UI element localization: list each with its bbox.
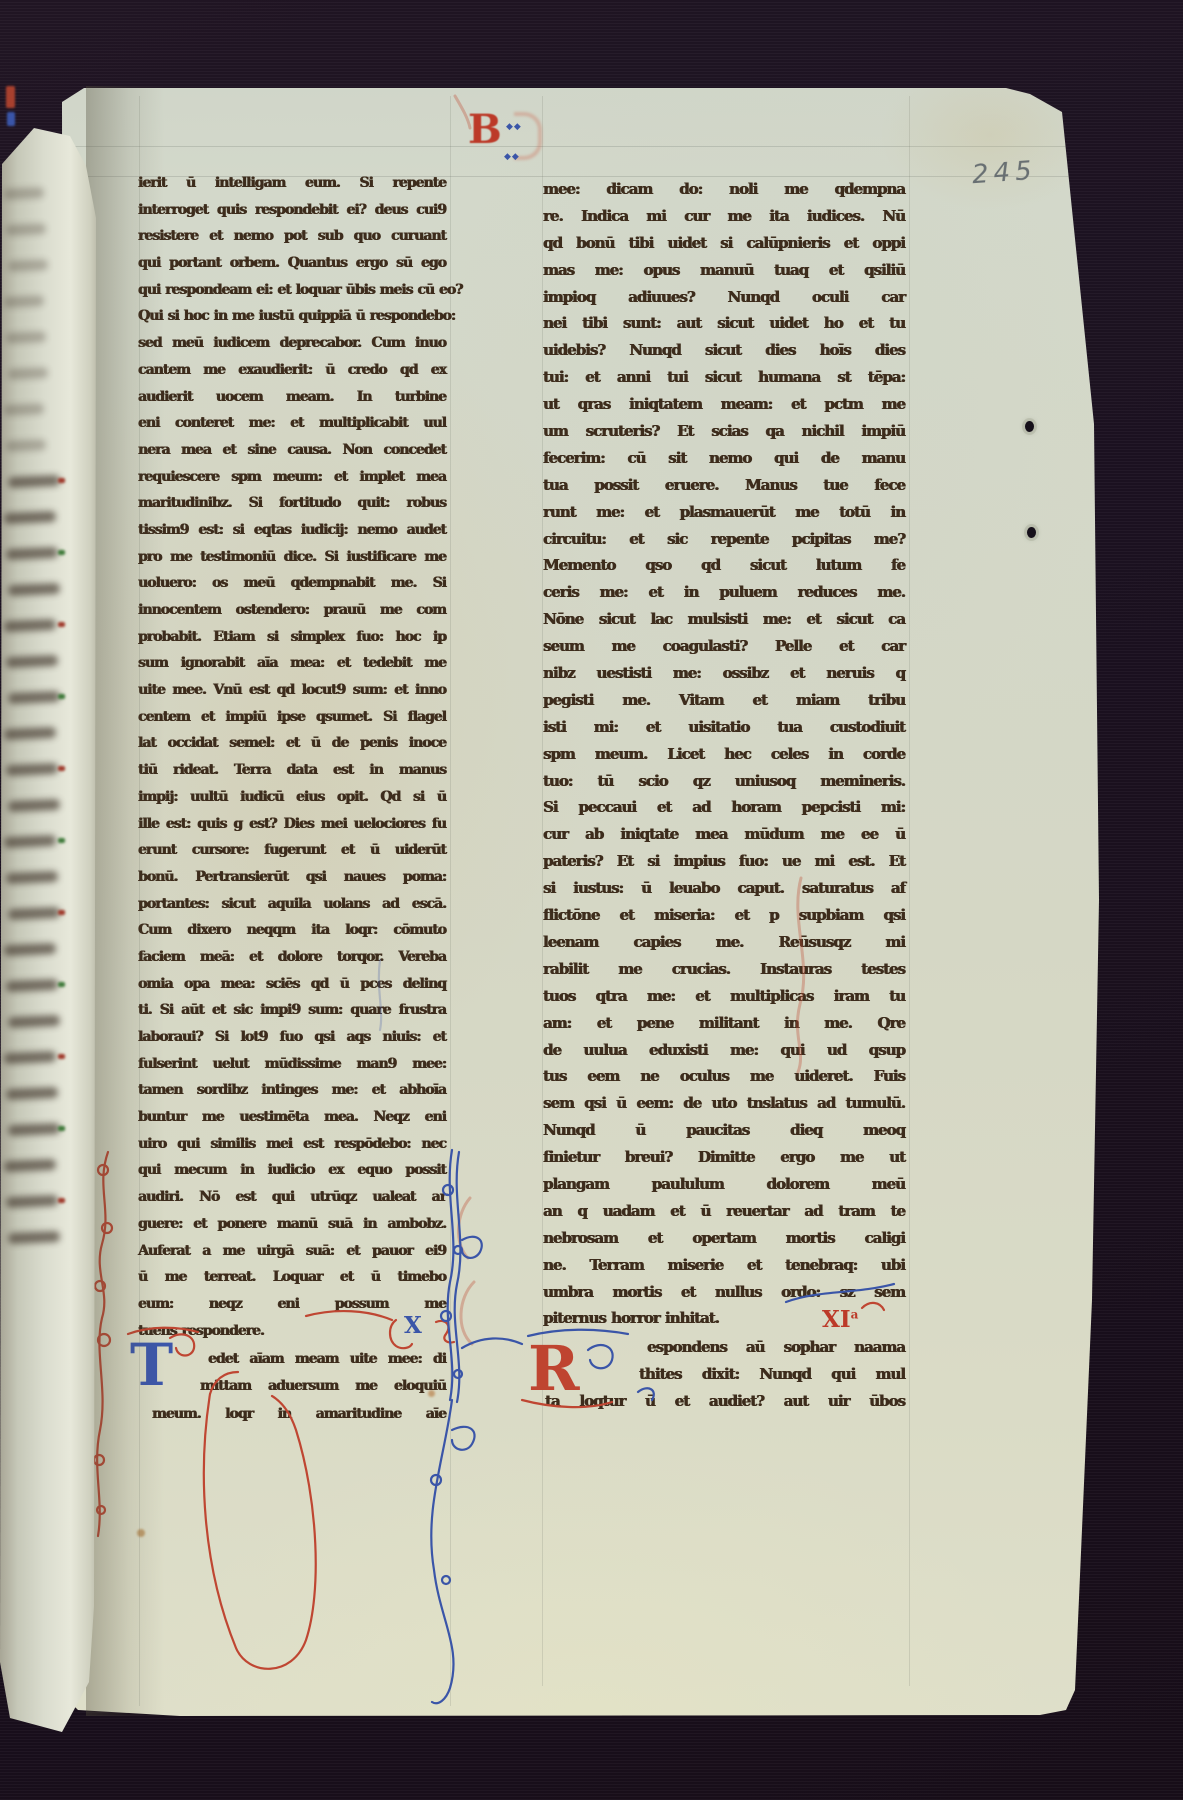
blurred-text-line xyxy=(4,835,56,848)
text-line: interroget quis respondebit ei? deus cui… xyxy=(138,197,446,224)
fore-edge-speck xyxy=(58,694,65,699)
blurred-text-line xyxy=(8,1231,60,1244)
text-line: fulserint uelut mūdissime man9 mee: xyxy=(138,1051,446,1078)
text-line: tua possit eruere. Manus tue fece xyxy=(543,472,905,499)
text-line: mee: dicam do: noli me qdempna xyxy=(543,176,905,203)
text-line: flictōne et miseria: et p supbiam qsi xyxy=(543,902,905,929)
ruling-line xyxy=(542,96,543,1686)
blurred-text-line xyxy=(6,871,58,884)
text-line: ti. Si aūt et sic impi9 sum: quare frust… xyxy=(138,997,446,1024)
text-line: circuitu: et sic repente pcipitas me? xyxy=(543,526,905,553)
parchment-hole xyxy=(1027,527,1036,538)
text-line: si iustus: ū leuabo caput. saturatus af xyxy=(543,875,905,902)
text-line: ut qras iniqtatem meam: et pctm me xyxy=(543,391,905,418)
text-line: Auferat a me uirgā suā: et pauor ei9 xyxy=(138,1238,446,1265)
text-line: finietur breui? Dimitte ergo me ut xyxy=(543,1144,905,1171)
text-line: edet aīam meam uite mee: di xyxy=(138,1346,446,1373)
running-header-letter: B xyxy=(468,106,502,153)
text-line: sem qsi ū eem: de uto tnslatus ad tumulū… xyxy=(543,1090,905,1117)
blurred-text-line xyxy=(6,1087,58,1100)
blurred-text-line xyxy=(4,511,56,524)
text-line: uite mee. Vnū est qd locut9 sum: et inno xyxy=(138,677,446,704)
blurred-text-line xyxy=(8,907,60,920)
text-line: nebrosam et opertam mortis caligi xyxy=(543,1225,905,1252)
text-line: sed meū iudicem deprecabor. Cum inuo xyxy=(138,330,446,357)
fore-edge-speck xyxy=(58,1198,65,1203)
text-line: laboraui? Si lot9 fuo qsi aqs niuis: et xyxy=(138,1024,446,1051)
text-line: nibz uestisti me: ossibz et neruis q xyxy=(543,660,905,687)
text-line: uiro qui similis mei est respōdebo: nec xyxy=(138,1131,446,1158)
blurred-text-line xyxy=(8,1015,60,1028)
text-line: rabilit me crucias. Instauras testes xyxy=(543,956,905,983)
parchment-stain xyxy=(428,1390,435,1397)
text-line: runt me: et plasmauerūt me totū in xyxy=(543,499,905,526)
text-line: meum. loqr in amaritudine aīe xyxy=(138,1401,446,1428)
text-line: Cum dixero neqqm ita loqr: cōmuto xyxy=(138,917,446,944)
text-line: tuens respondere. xyxy=(138,1318,446,1345)
text-line: sum ignorabit aīa mea: et tedebit me xyxy=(138,650,446,677)
chapter-xi-text: espondens aū sophar naamathites dixit: N… xyxy=(543,1334,905,1415)
fore-edge-speck xyxy=(58,622,65,627)
text-line: de uulua eduxisti me: qui ud qsup xyxy=(543,1037,905,1064)
text-column-right: mee: dicam do: noli me qdempnare. Indica… xyxy=(543,176,905,1332)
text-line: seum me coagulasti? Pelle et car xyxy=(543,633,905,660)
text-line: ne. Terram miserie et tenebraq: ubi xyxy=(543,1252,905,1279)
text-line: lat occidat semel: et ū de penis inoce xyxy=(138,730,446,757)
blurred-text-line xyxy=(4,619,56,632)
header-ornament-dots: ◆◆ xyxy=(506,122,522,132)
text-line: guere: et ponere manū suā in ambobz. xyxy=(138,1211,446,1238)
chapter-xi-suffix: a xyxy=(851,1307,859,1321)
text-line: portantes: sicut aquila uolans ad escā. xyxy=(138,891,446,918)
text-line: am: et pene militant in me. Qre xyxy=(543,1010,905,1037)
text-line: audierit uocem meam. In turbine xyxy=(138,384,446,411)
blurred-text-line xyxy=(8,367,48,380)
text-line: innocentem ostendero: prauū me com xyxy=(138,597,446,624)
text-line: tuo: tū scio qz uniusoq memineris. xyxy=(543,768,905,795)
text-line: ierit ū intelligam eum. Si repente xyxy=(138,170,446,197)
blurred-text-line xyxy=(6,763,58,776)
fore-edge-speck xyxy=(58,478,65,483)
text-line: requiescere spm meum: et implet mea xyxy=(138,464,446,491)
fore-edge-speck xyxy=(58,1126,65,1131)
text-line: ta loqtur ū et audiet? aut uir ūbos xyxy=(543,1388,905,1415)
text-line: Memento qso qd sicut lutum fe xyxy=(543,552,905,579)
text-line: mas me: opus manuū tuaq et qsiliū xyxy=(543,257,905,284)
text-line: pateris? Et si impius fuo: ue mi est. Et xyxy=(543,848,905,875)
ruling-line xyxy=(70,176,1080,177)
ruling-line xyxy=(450,96,451,1706)
blurred-text-line xyxy=(8,691,60,704)
blurred-text-line xyxy=(8,475,60,488)
chapter-number-x: X xyxy=(404,1312,422,1339)
text-line: Qui si hoc in me iustū quippiā ū respond… xyxy=(138,303,446,330)
blurred-text-line xyxy=(4,403,44,416)
text-line: plangam paululum dolorem meū xyxy=(543,1171,905,1198)
text-line: impij: uultū iudicū eius opit. Qd si ū xyxy=(138,784,446,811)
manuscript-page: B ◆◆ ◆◆ 245 ierit ū intelligam eum. Si r… xyxy=(0,0,1183,1800)
text-line: um scruteris? Et scias qa nichil impiū xyxy=(543,418,905,445)
fore-edge-speck xyxy=(58,1054,65,1059)
blurred-text-line xyxy=(4,1159,56,1172)
chapter-number-xi: XIa xyxy=(822,1306,858,1333)
text-line: ceris me: et in puluem reduces me. xyxy=(543,579,905,606)
text-line: tiū rideat. Terra data est in manus xyxy=(138,757,446,784)
text-column-left: ierit ū intelligam eum. Si repenteinterr… xyxy=(138,170,446,1344)
fore-edge-speck xyxy=(58,982,65,987)
parchment-hole xyxy=(1025,421,1034,432)
text-line: spm meum. Licet hec celes in corde xyxy=(543,741,905,768)
text-line: uidebis? Nunqd sicut dies hoīs dies xyxy=(543,337,905,364)
blurred-text-line xyxy=(8,583,60,596)
text-line: maritudinibz. Si fortitudo quit: robus xyxy=(138,490,446,517)
parchment-stain xyxy=(150,620,450,1040)
folio-number: 245 xyxy=(971,156,1038,190)
text-line: ū me terreat. Loquar et ū timebo xyxy=(138,1264,446,1291)
blurred-text-line xyxy=(8,799,60,812)
gutter-shadow xyxy=(86,86,164,1716)
text-line: qui mecum in iudicio ex equo possit xyxy=(138,1157,446,1184)
fore-edge-speck xyxy=(58,766,65,771)
text-line: uoluero: os meū qdempnabit me. Si xyxy=(138,570,446,597)
previous-folio-red-mark xyxy=(6,86,15,108)
decorated-initial-r: R xyxy=(528,1338,580,1400)
text-line: resistere et nemo pot sub quo curuant xyxy=(138,223,446,250)
blurred-text-line xyxy=(8,259,48,272)
text-line: isti mi: et uisitatio tua custodiuit xyxy=(543,714,905,741)
blurred-text-line xyxy=(4,727,56,740)
text-line: cantem me exaudierit: ū credo qd ex xyxy=(138,357,446,384)
fore-edge-speck xyxy=(58,838,65,843)
text-line: qui portant orbem. Quantus ergo sū ego xyxy=(138,250,446,277)
blurred-text-line xyxy=(6,1195,58,1208)
blurred-text-line xyxy=(4,943,56,956)
text-line: eum: neqz eni possum me xyxy=(138,1291,446,1318)
text-line: fecerim: cū sit nemo qui de manu xyxy=(543,445,905,472)
text-line: cur ab iniqtate mea mūdum me ee ū xyxy=(543,821,905,848)
text-line: bonū. Pertransierūt qsi naues poma: xyxy=(138,864,446,891)
red-offset-ghost xyxy=(514,112,542,160)
blurred-text-line xyxy=(6,223,46,236)
ruling-line xyxy=(909,96,910,1686)
blurred-text-line xyxy=(6,547,58,560)
blurred-text-line xyxy=(6,979,58,992)
blurred-text-line xyxy=(4,295,44,308)
text-line: re. Indica mi cur me ita iudices. Nū xyxy=(543,203,905,230)
text-line: ille est: quis g est? Dies mei uelociore… xyxy=(138,811,446,838)
text-line: thites dixit: Nunqd qui mul xyxy=(543,1361,905,1388)
text-line: pegisti me. Vitam et miam tribu xyxy=(543,687,905,714)
text-line: Nōne sicut lac mulsisti me: et sicut ca xyxy=(543,606,905,633)
text-line: Si peccaui et ad horam pepcisti mi: xyxy=(543,794,905,821)
text-line: buntur me uestimēta mea. Neqz eni xyxy=(138,1104,446,1131)
previous-folio-edge xyxy=(0,126,98,1760)
text-line: erunt cursore: fugerunt et ū uiderūt xyxy=(138,837,446,864)
previous-folio-blue-mark xyxy=(7,112,15,126)
text-line: mittam aduersum me eloquiū xyxy=(138,1373,446,1400)
ruling-line xyxy=(70,146,1080,147)
chapter-x-text: edet aīam meam uite mee: dimittam aduers… xyxy=(138,1346,446,1428)
blurred-text-line xyxy=(6,655,58,668)
text-line: faciem meā: et dolore torqor. Vereba xyxy=(138,944,446,971)
blurred-text-line xyxy=(4,187,44,200)
chapter-xi-numeral: XI xyxy=(822,1306,851,1333)
text-line: eni conteret me: et multiplicabit uul xyxy=(138,410,446,437)
blurred-text-line xyxy=(6,439,46,452)
text-line: nei tibi sunt: aut sicut uidet ho et tu xyxy=(543,310,905,337)
text-line: piternus horror inhitat. xyxy=(543,1305,905,1332)
text-line: centem et impiū ipse qsumet. Si flagel xyxy=(138,704,446,731)
parchment-stain xyxy=(880,60,1100,210)
text-line: Nunqd ū paucitas dieq meoq xyxy=(543,1117,905,1144)
text-line: umbra mortis et nullus ordo: sz sem xyxy=(543,1279,905,1306)
photo-background: B ◆◆ ◆◆ 245 ierit ū intelligam eum. Si r… xyxy=(0,0,1183,1800)
text-line: probabit. Etiam si simplex fuo: hoc ip xyxy=(138,624,446,651)
chapter-x-numeral: X xyxy=(404,1312,422,1339)
blurred-text-line xyxy=(6,331,46,344)
text-line: audiri. Nō est qui utrūqz ualeat ar xyxy=(138,1184,446,1211)
text-line: leenam capies me. Reūsusqz mi xyxy=(543,929,905,956)
text-line: omia opa mea: sciēs qd ū pces delinq xyxy=(138,971,446,998)
blurred-text-line xyxy=(8,1123,60,1136)
text-line: impioq adiuues? Nunqd oculi car xyxy=(543,284,905,311)
text-line: tuos qtra me: et multiplicas iram tu xyxy=(543,983,905,1010)
header-ornament-dots: ◆◆ xyxy=(504,152,520,162)
text-line: tui: et anni tui sicut humana st tēpa: xyxy=(543,364,905,391)
text-line: tus eem ne oculus me uideret. Fuis xyxy=(543,1063,905,1090)
text-line: an q uadam et ū reuertar ad tram te xyxy=(543,1198,905,1225)
text-line: tamen sordibz intinges me: et abhoīa xyxy=(138,1077,446,1104)
fore-edge-speck xyxy=(58,910,65,915)
text-line: nera mea et sine causa. Non concedet xyxy=(138,437,446,464)
text-line: pro me testimoniū dice. Si iustificare m… xyxy=(138,544,446,571)
text-line: qd bonū tibi uidet si calūpnieris et opp… xyxy=(543,230,905,257)
fore-edge-speck xyxy=(58,550,65,555)
blurred-text-line xyxy=(4,1051,56,1064)
text-line: tissim9 est: si eqtas iudicij: nemo aude… xyxy=(138,517,446,544)
text-line: qui respondeam ei: et loquar ūbis meis c… xyxy=(138,277,446,304)
text-line: espondens aū sophar naama xyxy=(543,1334,905,1361)
